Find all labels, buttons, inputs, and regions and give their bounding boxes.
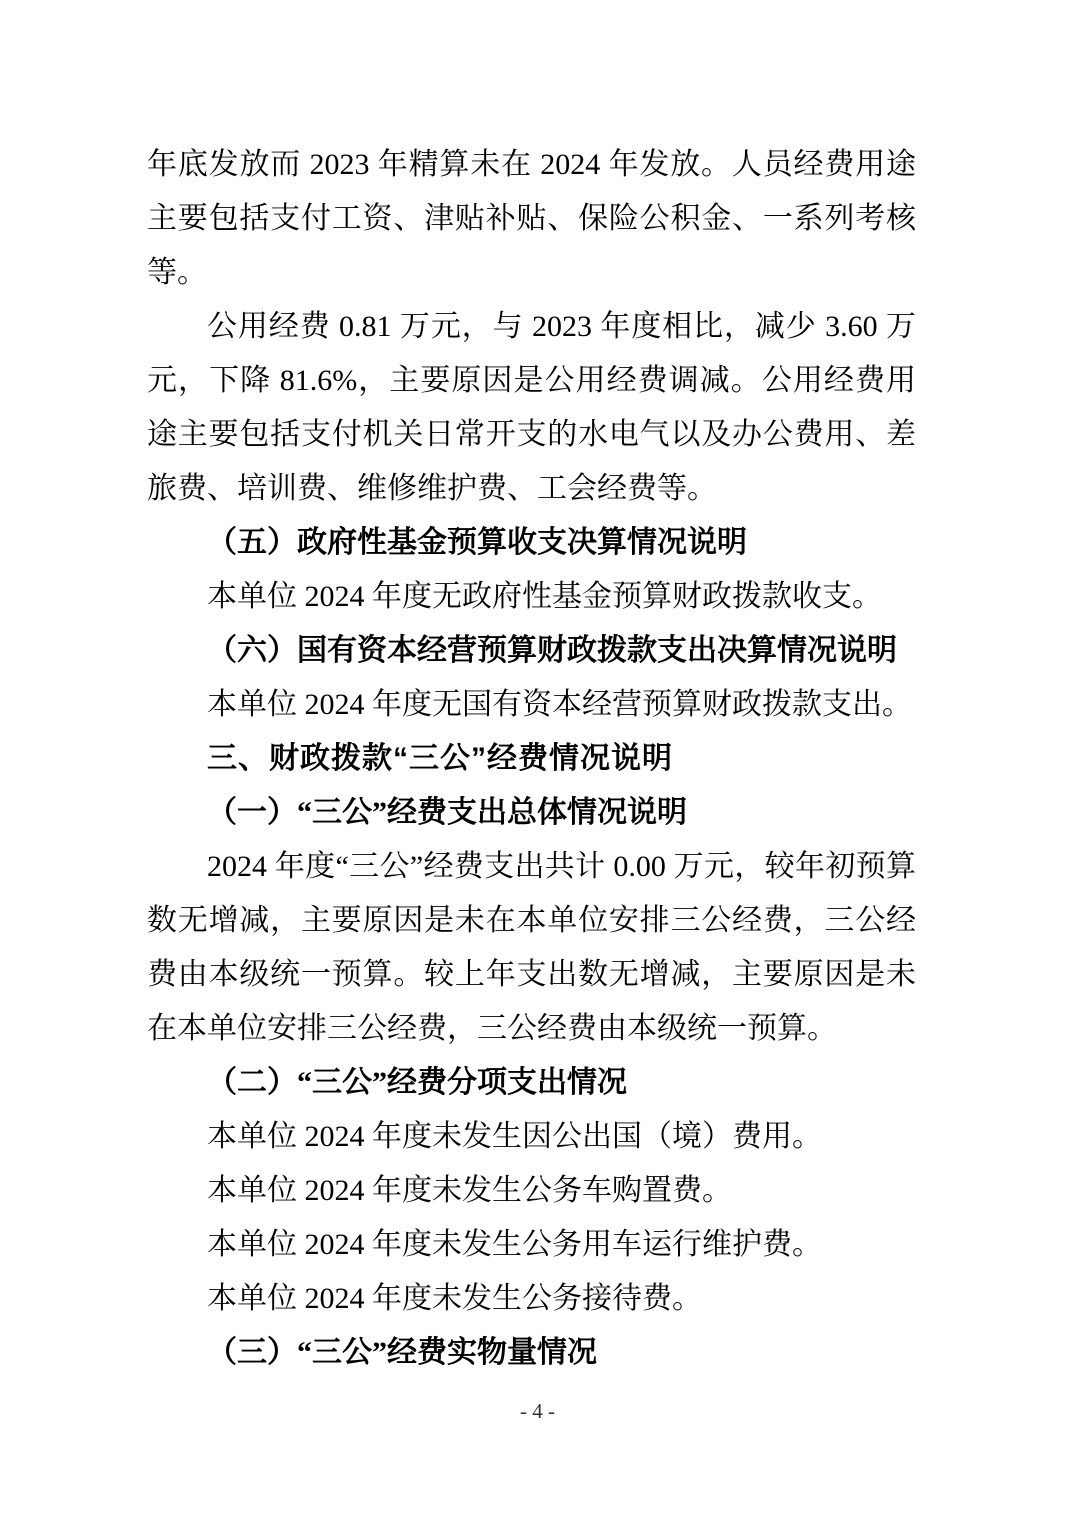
- sub-section-heading: （三）“三公”经费实物量情况: [147, 1326, 916, 1380]
- sub-section-heading: （六）国有资本经营预算财政拨款支出决算情况说明: [147, 624, 916, 678]
- paragraph: 本单位 2024 年度未发生公务接待费。: [147, 1272, 916, 1326]
- paragraph: 本单位 2024 年度未发生公务车购置费。: [147, 1164, 916, 1218]
- paragraph: 公用经费 0.81 万元，与 2023 年度相比，减少 3.60 万元，下降 8…: [147, 300, 916, 516]
- paragraph: 本单位 2024 年度无国有资本经营预算财政拨款支出。: [147, 678, 916, 732]
- section-heading: 三、财政拨款“三公”经费情况说明: [147, 732, 916, 786]
- sub-section-heading: （一）“三公”经费支出总体情况说明: [147, 786, 916, 840]
- sub-section-heading: （五）政府性基金预算收支决算情况说明: [147, 516, 916, 570]
- paragraph: 2024 年度“三公”经费支出共计 0.00 万元，较年初预算数无增减，主要原因…: [147, 840, 916, 1056]
- sub-section-heading: （二）“三公”经费分项支出情况: [147, 1056, 916, 1110]
- paragraph: 本单位 2024 年度未发生因公出国（境）费用。: [147, 1110, 916, 1164]
- paragraph: 年底发放而 2023 年精算未在 2024 年发放。人员经费用途主要包括支付工资…: [147, 138, 916, 300]
- page-number: - 4 -: [0, 1396, 1075, 1426]
- paragraph: 本单位 2024 年度未发生公务用车运行维护费。: [147, 1218, 916, 1272]
- document-page: 年底发放而 2023 年精算未在 2024 年发放。人员经费用途主要包括支付工资…: [0, 0, 1075, 1520]
- paragraph: 本单位 2024 年度无政府性基金预算财政拨款收支。: [147, 570, 916, 624]
- document-body: 年底发放而 2023 年精算未在 2024 年发放。人员经费用途主要包括支付工资…: [147, 138, 916, 1380]
